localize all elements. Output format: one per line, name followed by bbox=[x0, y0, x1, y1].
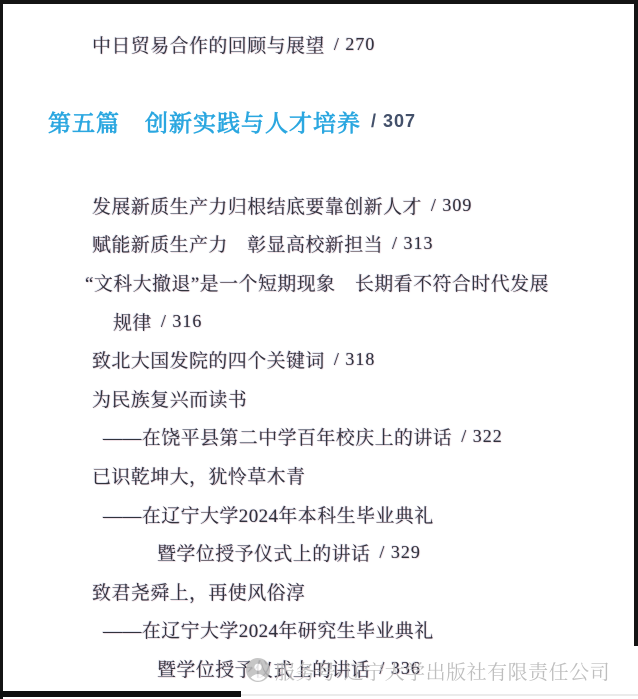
toc-entry-page: / 329 bbox=[379, 542, 421, 563]
toc-entry: 致君尧舜上，再使风俗淳 bbox=[0, 572, 632, 611]
toc-entry-subtitle: ——在辽宁大学2024年研究生毕业典礼 bbox=[0, 611, 632, 650]
toc-entry-text: 致君尧舜上，再使风俗淳 bbox=[92, 578, 305, 605]
toc-entry-wrap-line: 规律 / 316 bbox=[0, 302, 632, 341]
page-border-top bbox=[0, 0, 638, 4]
page-border-bottom-faint bbox=[241, 694, 638, 696]
toc-entry-text: 已识乾坤大，犹怜草木青 bbox=[92, 462, 305, 489]
toc-entry-text: 为民族复兴而读书 bbox=[92, 385, 247, 412]
toc-entry: “文科大撤退”是一个短期现象 长期看不符合时代发展 bbox=[0, 263, 632, 302]
toc-entry-subtitle: ——在饶平县第二中学百年校庆上的讲话 / 322 bbox=[0, 418, 632, 457]
section-page: / 307 bbox=[371, 111, 416, 132]
toc-entry: 为民族复兴而读书 bbox=[0, 379, 632, 418]
toc-entry-previous-section: 中日贸易合作的回顾与展望 / 270 bbox=[0, 25, 632, 64]
toc-entry-text: 发展新质生产力归根结底要靠创新人才 bbox=[92, 192, 422, 219]
toc-entry-page: / 270 bbox=[334, 34, 376, 55]
toc-entry-page: / 318 bbox=[334, 349, 376, 370]
toc-entry: 已识乾坤大，犹怜草木青 bbox=[0, 456, 632, 495]
toc-entry-text: ——在饶平县第二中学百年校庆上的讲话 bbox=[103, 423, 452, 450]
toc-list: 发展新质生产力归根结底要靠创新人才 / 309 赋能新质生产力 彰显高校新担当 … bbox=[0, 186, 632, 688]
toc-entry-text: 致北大国发院的四个关键词 bbox=[92, 346, 325, 373]
toc-entry-text: 规律 bbox=[113, 308, 152, 335]
scanned-toc-page: 中日贸易合作的回顾与展望 / 270 第五篇 创新实践与人才培养 / 307 发… bbox=[0, 0, 638, 699]
toc-entry-subtitle: ——在辽宁大学2024年本科生毕业典礼 bbox=[0, 495, 632, 534]
toc-entry-subtitle-line2: 暨学位授予仪式上的讲话 / 329 bbox=[0, 533, 632, 572]
toc-entry-text: ——在辽宁大学2024年研究生毕业典礼 bbox=[103, 616, 434, 643]
toc-entry-page: / 309 bbox=[431, 195, 473, 216]
toc-entry-page: / 316 bbox=[161, 311, 203, 332]
toc-entry-text: 赋能新质生产力 彰显高校新担当 bbox=[92, 230, 383, 257]
toc-entry-page: / 322 bbox=[461, 426, 503, 447]
toc-entry-page: / 313 bbox=[392, 233, 434, 254]
section-title: 创新实践与人才培养 bbox=[145, 105, 361, 138]
toc-entry-page: / 336 bbox=[379, 658, 421, 679]
section-heading: 第五篇 创新实践与人才培养 / 307 bbox=[0, 100, 632, 142]
toc-entry-text: 暨学位授予仪式上的讲话 bbox=[157, 655, 370, 682]
toc-entry-subtitle-line2: 暨学位授予仪式上的讲话 / 336 bbox=[0, 649, 632, 688]
toc-entry: 致北大国发院的四个关键词 / 318 bbox=[0, 340, 632, 379]
toc-entry: 发展新质生产力归根结底要靠创新人才 / 309 bbox=[0, 186, 632, 225]
toc-entry-text: ——在辽宁大学2024年本科生毕业典礼 bbox=[103, 501, 434, 528]
toc-entry-text: “文科大撤退”是一个短期现象 长期看不符合时代发展 bbox=[85, 269, 549, 296]
toc-entry-text: 暨学位授予仪式上的讲话 bbox=[157, 539, 370, 566]
page-border-right bbox=[634, 0, 638, 646]
page-border-bottom-dark bbox=[0, 691, 241, 697]
section-label: 第五篇 bbox=[48, 105, 120, 138]
toc-entry-text: 中日贸易合作的回顾与展望 bbox=[92, 31, 325, 58]
toc-entry: 赋能新质生产力 彰显高校新担当 / 313 bbox=[0, 225, 632, 264]
